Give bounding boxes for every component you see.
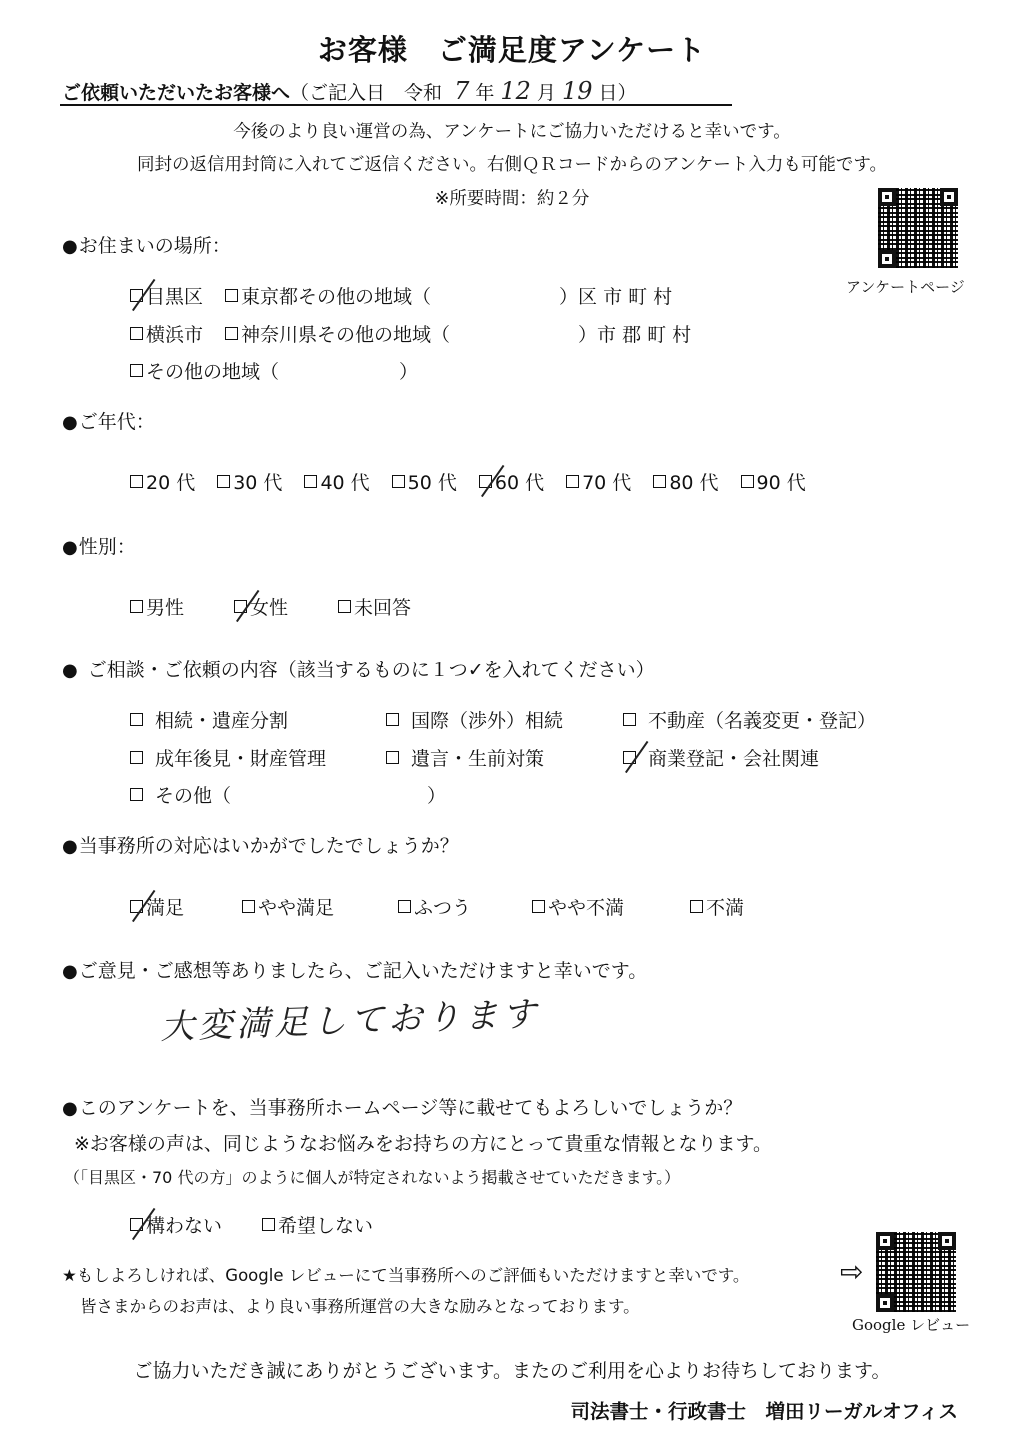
checkbox[interactable] [130, 713, 143, 726]
checkbox-checked[interactable] [130, 289, 143, 302]
age-option-70[interactable]: 70 代 [566, 468, 631, 495]
checkbox-checked[interactable] [623, 751, 636, 764]
intro-line-1: 今後のより良い運営の為、アンケートにご協力いただけると幸いです。 [0, 118, 1024, 143]
age-option-60[interactable]: 60 代 [479, 468, 544, 495]
gender-options: 男性 女性 未回答 [130, 593, 411, 620]
bullet-icon: ● [62, 236, 78, 257]
gender-question: ●性別： [62, 532, 136, 559]
consultation-option-other[interactable]: その他（） [130, 781, 446, 808]
checkbox[interactable] [566, 475, 579, 488]
age-options: 20 代 30 代 40 代 50 代 60 代 70 代 80 代 90 代 [130, 468, 806, 495]
publication-options: 構わない 希望しない [130, 1211, 373, 1238]
consultation-option-real-estate[interactable]: 不動産（名義変更・登記） [623, 706, 876, 733]
satisfaction-option-somewhat-dissatisfied[interactable]: やや不満 [532, 893, 690, 920]
checkbox[interactable] [532, 900, 545, 913]
publication-option-allow[interactable]: 構わない [130, 1211, 222, 1238]
gender-option-female[interactable]: 女性 [234, 593, 288, 620]
satisfaction-option-satisfied[interactable]: 満足 [130, 893, 242, 920]
consultation-option-inheritance[interactable]: 相続・遺産分割 [130, 706, 386, 733]
residence-question: ●お住まいの場所： [62, 231, 231, 258]
greeting-lead: ご依頼いただいたお客様へ [62, 82, 290, 104]
comments-question: ●ご意見・ご感想等ありましたら、ご記入いただけますと幸いです。 [62, 956, 647, 983]
checkbox[interactable] [217, 475, 230, 488]
residence-row-1: 目黒区 東京都その他の地域（）区 市 町 村 [130, 282, 672, 309]
satisfaction-option-somewhat-satisfied[interactable]: やや満足 [242, 893, 398, 920]
consultation-option-will[interactable]: 遺言・生前対策 [386, 744, 623, 771]
age-option-30[interactable]: 30 代 [217, 468, 282, 495]
checkbox[interactable] [653, 475, 666, 488]
date-day-field[interactable]: 19 [556, 77, 599, 105]
age-option-50[interactable]: 50 代 [392, 468, 457, 495]
checkbox[interactable] [262, 1218, 275, 1231]
checkbox[interactable] [130, 327, 143, 340]
residence-option-kanagawa-other[interactable]: 神奈川県その他の地域（）市 郡 町 村 [225, 320, 691, 347]
google-review-qr-code-icon[interactable] [876, 1232, 956, 1312]
survey-qr-code-icon[interactable] [878, 188, 958, 268]
age-option-90[interactable]: 90 代 [741, 468, 806, 495]
checkbox[interactable] [130, 475, 143, 488]
residence-option-tokyo-other[interactable]: 東京都その他の地域（）区 市 町 村 [225, 282, 672, 309]
intro-line-2: 同封の返信用封筒に入れてご返信ください。右側ＱＲコードからのアンケート入力も可能… [0, 151, 1024, 176]
publication-option-decline[interactable]: 希望しない [262, 1211, 373, 1238]
residence-option-other[interactable]: その他の地域（） [130, 357, 418, 384]
checkbox[interactable] [386, 751, 399, 764]
residence-row-2: 横浜市 神奈川県その他の地域（）市 郡 町 村 [130, 320, 691, 347]
age-label: ご年代： [79, 411, 155, 433]
bullet-icon: ● [62, 412, 78, 433]
satisfaction-label: 当事務所の対応はいかがでしたでしょうか？ [79, 835, 459, 857]
checkbox[interactable] [130, 788, 143, 801]
age-question: ●ご年代： [62, 407, 155, 434]
greeting-line: ご依頼いただいたお客様へ（ご記入日 令和 7年12月19日） [62, 77, 637, 105]
residence-option-yokohama[interactable]: 横浜市 [130, 320, 203, 347]
google-review-line-2: 皆さまからのお声は、より良い事務所運営の大きな励みとなっております。 [80, 1293, 640, 1317]
checkbox[interactable] [130, 364, 143, 377]
date-year-field[interactable]: 7 [448, 77, 475, 105]
checkbox[interactable] [386, 713, 399, 726]
checkbox-checked[interactable] [234, 600, 247, 613]
consultation-option-guardianship[interactable]: 成年後見・財産管理 [130, 744, 386, 771]
survey-title: お客様 ご満足度アンケート [0, 28, 1024, 69]
google-review-line-1: ★もしよろしければ、Google レビューにて当事務所へのご評価もいただけますと… [62, 1262, 749, 1286]
checkbox-checked[interactable] [130, 1218, 143, 1231]
age-option-80[interactable]: 80 代 [653, 468, 718, 495]
checkbox[interactable] [304, 475, 317, 488]
publication-label: このアンケートを、当事務所ホームページ等に載せてもよろしいでしょうか？ [79, 1097, 742, 1119]
checkbox[interactable] [741, 475, 754, 488]
arrow-right-icon: ⇨ [840, 1258, 863, 1286]
checkbox[interactable] [130, 600, 143, 613]
publication-note-1: ※お客様の声は、同じようなお悩みをお持ちの方にとって貴重な情報となります。 [74, 1129, 772, 1156]
checkbox-checked[interactable] [479, 475, 492, 488]
gender-option-no-answer[interactable]: 未回答 [338, 593, 411, 620]
consultation-row-3: その他（） [130, 781, 446, 808]
satisfaction-question: ●当事務所の対応はいかがでしたでしょうか？ [62, 831, 459, 858]
bullet-icon: ● [62, 1098, 78, 1119]
checkbox[interactable] [242, 900, 255, 913]
consultation-row-2: 成年後見・財産管理 遺言・生前対策 商業登記・会社関連 [130, 744, 819, 771]
checkbox[interactable] [225, 327, 238, 340]
survey-qr-label: アンケートページ [846, 276, 965, 297]
bullet-icon: ● [62, 961, 78, 982]
satisfaction-option-neutral[interactable]: ふつう [398, 893, 532, 920]
checkbox-checked[interactable] [130, 900, 143, 913]
consultation-option-international-inheritance[interactable]: 国際（渉外）相続 [386, 706, 623, 733]
gender-option-male[interactable]: 男性 [130, 593, 184, 620]
bullet-icon: ● [62, 660, 78, 681]
checkbox[interactable] [130, 751, 143, 764]
checkbox[interactable] [338, 600, 351, 613]
office-signature: 司法書士・行政書士 増田リーガルオフィス [571, 1396, 958, 1424]
residence-label: お住まいの場所： [79, 235, 231, 257]
checkbox[interactable] [392, 475, 405, 488]
date-day-unit: 日） [598, 82, 636, 104]
comments-label: ご意見・ご感想等ありましたら、ご記入いただけますと幸いです。 [79, 960, 647, 982]
checkbox[interactable] [623, 713, 636, 726]
date-month-unit: 月 [537, 82, 556, 104]
date-prefix: （ご記入日 令和 [290, 82, 442, 104]
greeting-underline [60, 104, 732, 106]
residence-option-meguro[interactable]: 目黒区 [130, 282, 203, 309]
comments-field[interactable]: 大変満足しております [159, 986, 540, 1048]
publication-note-2: （「目黒区・70 代の方」のように個人が特定されないよう掲載させていただきます。… [64, 1165, 680, 1188]
closing-message: ご協力いただき誠にありがとうございます。またのご利用を心よりお待ちしております。 [0, 1356, 1024, 1383]
age-option-40[interactable]: 40 代 [304, 468, 369, 495]
residence-row-3: その他の地域（） [130, 357, 418, 384]
publication-question: ●このアンケートを、当事務所ホームページ等に載せてもよろしいでしょうか？ [62, 1093, 742, 1120]
satisfaction-options: 満足 やや満足 ふつう やや不満 不満 [130, 893, 744, 920]
intro-line-3: ※所要時間：約２分 [0, 185, 1024, 210]
gender-label: 性別： [79, 536, 136, 558]
consultation-row-1: 相続・遺産分割 国際（渉外）相続 不動産（名義変更・登記） [130, 706, 876, 733]
consultation-option-commercial-registration[interactable]: 商業登記・会社関連 [623, 744, 819, 771]
date-year-unit: 年 [475, 82, 494, 104]
date-month-field[interactable]: 12 [494, 77, 537, 105]
bullet-icon: ● [62, 836, 78, 857]
checkbox[interactable] [690, 900, 703, 913]
satisfaction-option-dissatisfied[interactable]: 不満 [690, 893, 744, 920]
checkbox[interactable] [225, 289, 238, 302]
age-option-20[interactable]: 20 代 [130, 468, 195, 495]
consultation-label: ご相談・ご依頼の内容（該当するものに１つ✓を入れてください） [88, 659, 655, 681]
checkbox[interactable] [398, 900, 411, 913]
bullet-icon: ● [62, 537, 78, 558]
consultation-question: ●ご相談・ご依頼の内容（該当するものに１つ✓を入れてください） [62, 655, 655, 682]
google-review-qr-label: Google レビュー [852, 1314, 970, 1335]
